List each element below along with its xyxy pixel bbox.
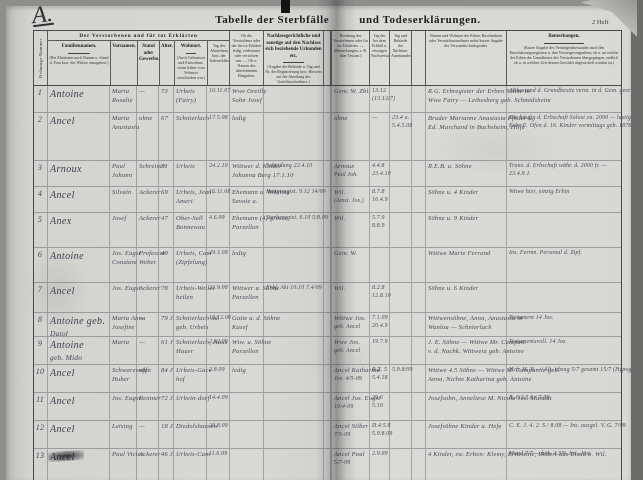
table-row: 5 Anex Josef Ackerer 47 Ober-SellBonnewa… <box>34 213 621 248</box>
cell-alter: 71 <box>158 161 173 186</box>
cell-nachweisung-tag: 7.1.0920.4.9 <box>369 313 389 336</box>
cell-ordnungsnummer: 11 <box>34 393 47 420</box>
cell-wohnort: Diedolshausen <box>173 421 206 448</box>
cell-nachweisung-tag: R.Z. 55.4.18 <box>369 365 389 392</box>
table-row: 13 Ancel Paul Victor Ackerer 46 J. Urbei… <box>34 449 621 480</box>
cell-ordnungsnummer: 2 <box>34 113 47 160</box>
cell-ordnungsnummer: 12 <box>34 421 47 448</box>
cell-nachweisung-tag: D.4.5.85.9.8.09 <box>369 421 389 448</box>
cell-bemerkungen: Ins. Fernm. Personal d. Zipf. <box>506 248 621 282</box>
cell-wohnort: Schnierlach, HausHauer <box>173 337 206 364</box>
cell-todestag: 2.12.09 <box>206 337 229 364</box>
cell-wohnort: Ober-SellBonnewau <box>173 213 206 247</box>
cell-bemerkungen: Hch. H. B. — Alt. abzug 5/7 gesamt 15/7 … <box>506 365 621 392</box>
cell-todestag: 24.2.10 <box>206 161 229 186</box>
header-stand-gewerbe: Stand oder Gewerbe. <box>137 41 159 85</box>
cell-bemerkungen <box>506 213 621 247</box>
cell-erben: Wittwe Marie Ferrand <box>425 248 506 282</box>
table-row: 2 Ancel MariaAnastasia ohne 67 Schnierla… <box>34 113 621 161</box>
cell-familienstand: ledig <box>229 365 263 392</box>
cell-todestag: 10.11.07 <box>206 86 229 112</box>
table-row: 11 Ancel Jos. Eugst Rentner 72 J. Urbein… <box>34 393 621 421</box>
table-row: 6 Antoine Jos. EugstConstant ProfessorWe… <box>34 248 621 283</box>
cell-nachlass <box>263 313 323 336</box>
cell-bemerkungen: Die häufig d. Erbschaft Solost ca. 2000 … <box>506 113 621 160</box>
cell-familienstand: Wittwer u. SöhneParzellen <box>229 283 263 312</box>
cell-bemerkungen: C. E. J. 4. 2. S / 8.08 — Ins. ausgel. V… <box>506 421 621 448</box>
cell-alter: 79 J. <box>158 313 173 336</box>
document-title-left: Tabelle der Sterbfälle <box>215 14 329 26</box>
cell-todestag: 20.8.09 <box>206 421 229 448</box>
cell-alter: 73 <box>158 86 173 112</box>
cell-wohnort: Urbeis-Gacehof <box>173 365 206 392</box>
cell-familienstand: Ehemann u. WilannaSavoie u. <box>229 187 263 212</box>
cell-wohnort: Urbein-dorf <box>173 393 206 420</box>
header-tag-nachweisungen: Tag der bei dem Erbfall u. etwaigen Nach… <box>369 31 389 85</box>
scan-background-strip <box>631 0 643 480</box>
cell-behoerde-tag <box>389 393 411 420</box>
cell-familienname: Ancel <box>47 187 109 212</box>
cell-alter: 49 <box>158 248 173 282</box>
cell-bemerkungen: Altbestand d. Grundbesitz verm. in d. Ge… <box>506 86 621 112</box>
cell-stand: Ackerer <box>136 449 158 480</box>
cell-stand: Ackerer <box>136 187 158 212</box>
cell-erben: 4 Kinder, zw. Erben: Klemy, Ernestine, R… <box>425 449 506 480</box>
cell-stand: — <box>136 421 158 448</box>
cell-erben: Josefsohn, Anneliese M. Nicola Jos. Mand… <box>425 393 506 420</box>
page-number: 2 Heft <box>592 19 608 26</box>
cell-spacer <box>411 213 425 247</box>
cell-gutter <box>323 313 331 336</box>
cell-gutter <box>323 161 331 186</box>
cell-stand: Ackerer <box>136 213 158 247</box>
cell-gutter <box>323 86 331 112</box>
header-alter: Alter. <box>159 41 174 85</box>
cell-familienstand: Wtw. u. SöhneParzellen <box>229 337 263 364</box>
cell-alter: 84 J <box>158 365 173 392</box>
cell-nachlass <box>263 449 323 480</box>
cell-familienstand: ledig <box>229 248 263 282</box>
cell-nachweisung-tag: 13.12(13.12/7) <box>369 86 389 112</box>
header-page-gutter <box>323 31 331 85</box>
cell-gutter <box>323 248 331 282</box>
cell-spacer <box>411 248 425 282</box>
cell-ordnungsnummer: 13 <box>34 449 47 480</box>
cell-nachlass <box>263 113 323 160</box>
cell-vorname: Paul Victor <box>109 449 136 480</box>
cell-vorname: Silvain <box>109 187 136 212</box>
cell-nachlass <box>263 337 323 364</box>
cell-alter: 47 <box>158 213 173 247</box>
cell-beerbung: Ancel Silber7/5-09 <box>331 421 369 448</box>
cell-familienstand: Wittwer d. KinderJohanna Berg 17.1.10 <box>229 161 263 186</box>
cell-bemerkungen: Testamentsvoll. 14 Jos. <box>506 337 621 364</box>
cell-alter: 46 J. <box>158 449 173 480</box>
cell-familienstand: Gatte u. d. SöhneKasef <box>229 313 263 336</box>
table-row: 9 Antoinegeb. Mido Maria — 61 J Schnierl… <box>34 337 621 365</box>
table-row: 10 Ancel SchwarzwolfHuber ofen 84 J Urbe… <box>34 365 621 393</box>
cell-vorname: Leising <box>109 421 136 448</box>
cell-spacer <box>411 313 425 336</box>
cell-beerbung: ArnouxPaul Joh. <box>331 161 369 186</box>
cell-wohnort: Urbeis, Cam(Zipfelung) <box>173 248 206 282</box>
cell-stand: — <box>136 86 158 112</box>
cell-nachweisung-tag: 8.2.812.8.10 <box>369 283 389 312</box>
cell-beerbung: Ancel KatharinaJos. 4/5-09 <box>331 365 369 392</box>
cell-behoerde-tag <box>389 213 411 247</box>
header-spacer <box>411 31 425 85</box>
cell-ordnungsnummer: 7 <box>34 283 47 312</box>
cell-erben: Wittwensöhne, Anna, Anastasia inWanlau —… <box>425 313 506 336</box>
cell-nachweisung-tag: 29.65.10 <box>369 393 389 420</box>
cell-alter: 78 <box>158 283 173 312</box>
cell-stand: Schreiner <box>136 161 158 186</box>
cell-bemerkungen: Testament 14 Jos. <box>506 313 621 336</box>
cell-familienstand: Wwe OreillySohn Josef <box>229 86 263 112</box>
cell-erben: J. E. Söhne — Wittwe Mr. Campan.v. d. Na… <box>425 337 506 364</box>
cell-familienname: Arnoux <box>47 161 109 186</box>
cell-wohnort: Urbeis, Jean-Ameri <box>173 187 206 212</box>
cell-spacer <box>411 187 425 212</box>
cell-ordnungsnummer: 8 <box>34 313 47 336</box>
cell-familienstand: Ehemann (4) grosseParzellen <box>229 213 263 247</box>
cell-vorname: Jos. Eugst <box>109 393 136 420</box>
register-table: Ordnungs-Nummer Der Verstorbenen und für… <box>33 30 622 480</box>
cell-gutter <box>323 213 331 247</box>
cell-familienname: Antoine <box>47 86 109 112</box>
cell-stand: ohne <box>136 113 158 160</box>
cell-nachlass <box>263 365 323 392</box>
cell-nachlass <box>263 421 323 448</box>
cell-wohnort: Urbeis <box>173 161 206 186</box>
cell-vorname: Josef <box>109 213 136 247</box>
cell-bemerkungen: Mand 7/7 — heb. 1.5% Jos.-Jos. <box>506 449 621 480</box>
cell-behoerde-tag <box>389 248 411 282</box>
cell-wohnort: Urbeis-Weilerheilen <box>173 283 206 312</box>
scanned-register-page: A. Tabelle der Sterbfälle und Todeserklä… <box>0 0 643 480</box>
cell-beerbung: Gem. W. <box>331 248 369 282</box>
cell-behoerde-tag <box>389 313 411 336</box>
cell-nachlass <box>263 86 323 112</box>
cell-erben: Josefsöhne Kinder u. Hefe <box>425 421 506 448</box>
cell-spacer <box>411 283 425 312</box>
cell-vorname: PaulJohann <box>109 161 136 186</box>
header-familiennamen: Familiennamen. (Bei Eheleuten auch Namen… <box>48 41 110 85</box>
cell-nachweisung-tag: — <box>369 113 389 160</box>
cell-stand: ProfessorWeber <box>136 248 158 282</box>
cell-wohnort: Urbeis-Cam <box>173 449 206 480</box>
header-wohnort: Wohnort. (Auch Geburtsort und Einwohner,… <box>174 41 207 85</box>
cell-vorname: Jos. Eugst <box>109 283 136 312</box>
table-row: 3 Arnoux PaulJohann Schreiner 71 Urbeis … <box>34 161 621 187</box>
cell-wohnort: Urbeis(Fairy) <box>173 86 206 112</box>
cell-spacer <box>411 161 425 186</box>
cell-alter: 61 J <box>158 337 173 364</box>
cell-spacer <box>411 365 425 392</box>
cell-alter: 18 J. <box>158 421 173 448</box>
cell-vorname: Maria AnnaJosefine <box>109 313 136 336</box>
cell-nachweisung-tag: 5.7.98.8.9 <box>369 213 389 247</box>
cell-nachweisung-tag: 4.4.823.4.10 <box>369 161 389 186</box>
header-familienstand: Ob der Verstorbene oder der für tot Erkl… <box>229 31 263 85</box>
cell-vorname: MariaAnastasia <box>109 113 136 160</box>
cell-vorname: SchwarzwolfHuber <box>109 365 136 392</box>
cell-beerbung: Wtl. <box>331 213 369 247</box>
cell-erben: Wittwe 4.5 Söhne — Wittwe M. Campanile g… <box>425 365 506 392</box>
cell-gutter <box>323 393 331 420</box>
cell-spacer <box>411 421 425 448</box>
cell-gutter <box>323 187 331 212</box>
cell-erben: Bruder Marianne Anastasia Pfister u.Ed. … <box>425 113 506 160</box>
table-body: 1 Antoine MariaRosalie — 73 Urbeis(Fairy… <box>34 86 621 480</box>
cell-behoerde-tag <box>389 161 411 186</box>
cell-nachlass: Sterberegist. 6.10 5/8.09 <box>263 213 323 247</box>
cell-familienname: Antoine geb.Datol <box>47 313 109 336</box>
cell-familienname: Ancel <box>47 421 109 448</box>
header-beerbung: Beerbung des Verstorbenen oder für tot E… <box>331 31 369 85</box>
cell-todestag: 14.4.09 <box>206 393 229 420</box>
cell-familienname: Anex <box>47 213 109 247</box>
cell-vorname: Maria <box>109 337 136 364</box>
cell-gutter <box>323 337 331 364</box>
table-row: 4 Ancel Silvain Ackerer 69 Urbeis, Jean-… <box>34 187 621 213</box>
cell-bemerkungen <box>506 283 621 312</box>
cell-nachlass: Hauptregist. 9.12 14/09 <box>263 187 323 212</box>
cell-familienname: Antoinegeb. Mido <box>47 337 109 364</box>
cell-stand: — <box>136 337 158 364</box>
cell-stand: — <box>136 313 158 336</box>
cell-spacer <box>411 113 425 160</box>
header-erben: Namen und Wohnort der Erben, Beschenkten… <box>425 31 506 85</box>
cell-nachweisung-tag: 19.7.9 <box>369 337 389 364</box>
cell-nachlass: Scheidung 22.4.10 <box>263 161 323 186</box>
cell-todestag: 22.9.08 <box>206 283 229 312</box>
cell-stand: ofen <box>136 365 158 392</box>
cell-nachlass <box>263 393 323 420</box>
document-title-right: und Todeserklärungen. <box>359 14 480 26</box>
cell-erben: R.G. Erbregister der Erben Söhne inWwe F… <box>425 86 506 112</box>
cell-familienstand: ledig <box>229 113 263 160</box>
cell-ordnungsnummer: 10 <box>34 365 47 392</box>
cell-familienstand <box>229 449 263 480</box>
cell-bemerkungen: B. 6.3.5.6 / 7.08 <box>506 393 621 420</box>
cell-wohnort: Schnierlach od.geb. Urbeis <box>173 313 206 336</box>
cell-erben: Söhne u. 6 Kinder <box>425 283 506 312</box>
cell-behoerde-tag <box>389 337 411 364</box>
cell-ordnungsnummer: 6 <box>34 248 47 282</box>
header-todestag: Tag des Absterbens bzw. der Todeserkläru… <box>207 41 229 85</box>
cell-behoerde-tag <box>389 449 411 480</box>
cell-vorname: MariaRosalie <box>109 86 136 112</box>
header-tag-behoerde: Tag und Behörde der Nachlass-Auseinander… <box>389 31 411 85</box>
cell-ordnungsnummer: 1 <box>34 86 47 112</box>
cell-gutter <box>323 365 331 392</box>
paper-sheet: A. Tabelle der Sterbfälle und Todeserklä… <box>6 6 631 480</box>
cell-gutter <box>323 449 331 480</box>
cell-stand: Ackerer <box>136 283 158 312</box>
cell-spacer <box>411 449 425 480</box>
cell-nachlass <box>263 248 323 282</box>
cell-behoerde-tag <box>389 187 411 212</box>
cell-beerbung: Wtl.(Amst. Jos.) <box>331 187 369 212</box>
document-title: Tabelle der Sterbfälle und Todeserklärun… <box>202 14 494 26</box>
cell-nachweisung-tag: 2.9.09 <box>369 449 389 480</box>
table-row: 8 Antoine geb.Datol Maria AnnaJosefine —… <box>34 313 621 337</box>
cell-spacer <box>411 393 425 420</box>
cell-nachweisung-tag <box>369 248 389 282</box>
cell-erben: R.E.B. u. Söhne <box>425 161 506 186</box>
cell-familienname: Ancel <box>47 113 109 160</box>
cell-bemerkungen: Trans. d. Erbschaft währ. d. 2000 fr. —2… <box>506 161 621 186</box>
cell-beerbung: Ancel Jos. Eugst19/4-09 <box>331 393 369 420</box>
cell-alter: 67 <box>158 113 173 160</box>
cell-spacer <box>411 86 425 112</box>
cell-beerbung: ohne <box>331 113 369 160</box>
cell-todestag: 17.5.08 <box>206 113 229 160</box>
table-row: 12 Ancel Leising — 18 J. Diedolshausen 2… <box>34 421 621 449</box>
cell-beerbung: Wtl. <box>331 283 369 312</box>
table-row: 7 Ancel Jos. Eugst Ackerer 78 Urbeis-Wei… <box>34 283 621 313</box>
cell-stand: Rentner <box>136 393 158 420</box>
cell-behoerde-tag <box>389 283 411 312</box>
cell-todestag: 16.11.08 <box>206 187 229 212</box>
table-row: 1 Antoine MariaRosalie — 73 Urbeis(Fairy… <box>34 86 621 113</box>
cell-erben: Söhne u. 9 Kinder <box>425 213 506 247</box>
header-vornamen: Vornamen. <box>110 41 137 85</box>
cell-nachlass: Erbf. Akt 10.10 7.4/09 <box>263 283 323 312</box>
cell-bemerkungen: Witwe hier, einzig Erbin <box>506 187 621 212</box>
cell-vorname: Jos. EugstConstant <box>109 248 136 282</box>
cell-erben: Söhne u. 4 Kinder <box>425 187 506 212</box>
table-header: Ordnungs-Nummer Der Verstorbenen und für… <box>34 31 621 86</box>
cell-todestag: 11.6.09 <box>206 449 229 480</box>
cell-gutter <box>323 421 331 448</box>
cell-ordnungsnummer: 4 <box>34 187 47 212</box>
cell-familienname: Ancel <box>47 393 109 420</box>
cell-gutter <box>323 113 331 160</box>
cell-beerbung: Wittwe Jos.geb. Ancel <box>331 313 369 336</box>
cell-alter: 69 <box>158 187 173 212</box>
cell-spacer <box>411 337 425 364</box>
index-letter: A. <box>30 1 54 30</box>
cell-behoerde-tag: 5.9.8/09 <box>389 365 411 392</box>
cell-todestag: 29.3.08 <box>206 248 229 282</box>
cell-ordnungsnummer: 5 <box>34 213 47 247</box>
header-group-verstorbene: Der Verstorbenen und für tot Erklärten F… <box>47 31 229 85</box>
cell-familienstand <box>229 393 263 420</box>
cell-behoerde-tag <box>389 86 411 112</box>
cell-familienname: Ancel <box>47 449 109 480</box>
cell-todestag: 2.8.09 <box>206 365 229 392</box>
cell-familienname: Ancel <box>47 365 109 392</box>
cell-todestag: 19.12.08 <box>206 313 229 336</box>
cell-familienstand <box>229 421 263 448</box>
cell-familienname: Antoine <box>47 248 109 282</box>
binding-fold-mark <box>281 0 290 13</box>
header-ordnungsnummer: Ordnungs-Nummer <box>34 31 47 85</box>
cell-familienname: Ancel <box>47 283 109 312</box>
cell-todestag: 4.6.09 <box>206 213 229 247</box>
cell-ordnungsnummer: 9 <box>34 337 47 364</box>
cell-behoerde-tag: 23.4 u.5.4.5.08 <box>389 113 411 160</box>
cell-nachweisung-tag: 8.7.816.4.9 <box>369 187 389 212</box>
cell-beerbung: Ancel Paul5/7-09 <box>331 449 369 480</box>
cell-gutter <box>323 283 331 312</box>
cell-alter: 72 J. <box>158 393 173 420</box>
header-nachlass-urkunden: Nachlassgerichtliche und sonstige auf de… <box>263 31 323 85</box>
cell-behoerde-tag <box>389 421 411 448</box>
cell-beerbung: Gem. W. Zbl. <box>331 86 369 112</box>
cell-ordnungsnummer: 3 <box>34 161 47 186</box>
cell-wohnort: Schnierlach <box>173 113 206 160</box>
header-bemerkungen: Bemerkungen. (Kurze Angabe des Vermögens… <box>506 31 621 85</box>
cell-beerbung: Wwe Jos.geb. Ancel <box>331 337 369 364</box>
